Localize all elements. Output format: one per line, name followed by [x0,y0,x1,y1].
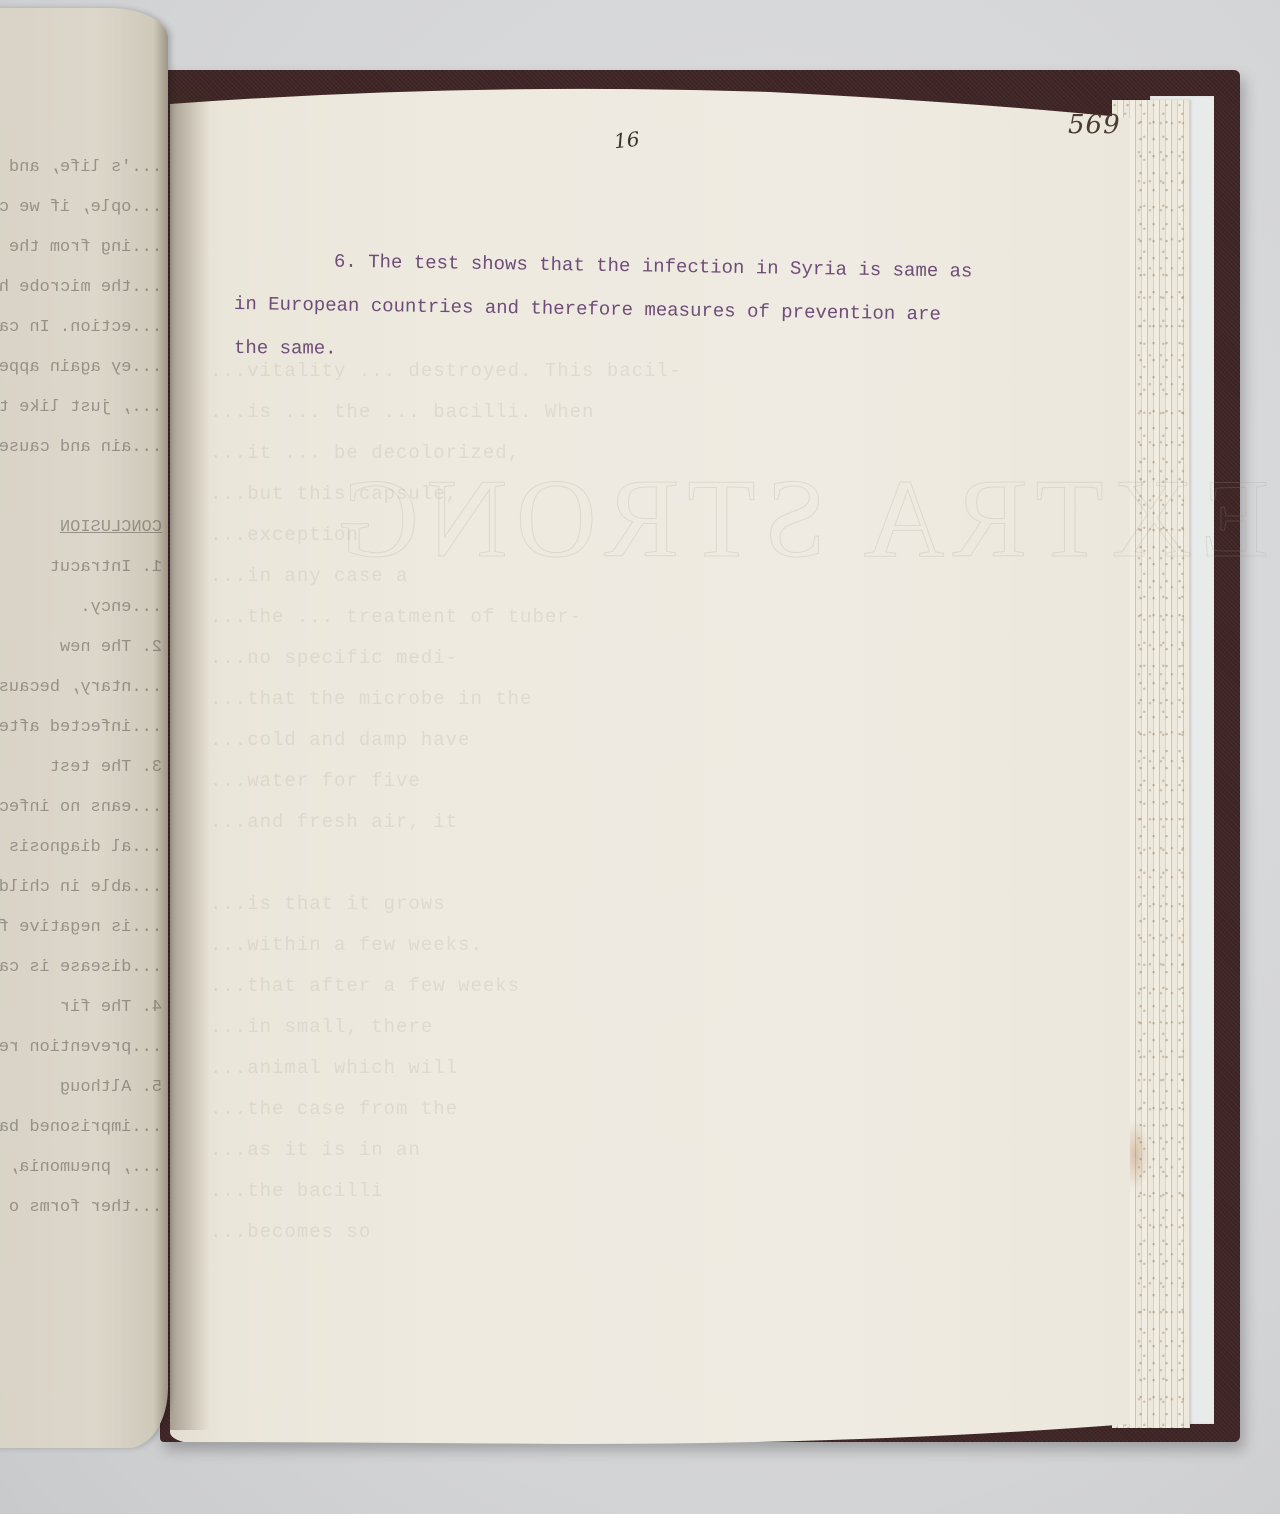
ghost-line: ...water for five [210,770,1040,811]
handwritten-folio-number: 569 [1068,110,1121,140]
mirror-line: ...disease is cau [0,958,168,998]
conclusion-heading: CONCLUSION [60,518,162,537]
mirror-line: 4. The fir [0,998,168,1038]
ghost-line: ...in small, there [210,1016,1040,1057]
paragraph-line: the same. [234,326,1054,374]
mirror-line: ...infected after [0,718,168,758]
mirror-line: ..., just like the [0,398,168,438]
mirror-line: ...ection. In cas [0,318,168,358]
ghost-line [210,852,1040,893]
mirror-line: ...'s life, and [0,158,168,198]
ghost-line: ...and fresh air, it [210,811,1040,852]
mirror-line: ...eans no infect [0,798,168,838]
mirror-line: ...able in childr [0,878,168,918]
mirror-line: ...al diagnosis i [0,838,168,878]
mirror-line: 3. The test [0,758,168,798]
mirror-line: ..., pneumonia, [0,1158,168,1198]
ghost-line: ...cold and damp have [210,729,1040,770]
mirror-line [0,478,168,518]
mirror-line: ...ing from the d [0,238,168,278]
facing-left-page: ...'s life, and ...ople, if we can ...in… [0,8,168,1448]
mirror-line: ...the microbe has [0,278,168,318]
ghost-line: ...within a few weeks. [210,934,1040,975]
mirror-line: ...imprisoned bac [0,1118,168,1158]
gutter-shadow [170,90,210,1430]
mirror-line: ...is negative f [0,918,168,958]
ghost-line: ...the case from the [210,1098,1040,1139]
typed-paragraph: 6. The test shows that the infection in … [234,238,1054,370]
mirror-line: 1. Intracut [0,558,168,598]
ghost-line: ...exception [210,524,1040,565]
mirror-line: ...ain and cause [0,438,168,478]
ghost-line: ...no specific medi- [210,647,1040,688]
ghost-line: ...is ... the ... bacilli. When [210,401,1040,442]
mirror-line: ...ople, if we can [0,198,168,238]
mirror-line: ...ey again appear [0,358,168,398]
facing-page-show-through: ...'s life, and ...ople, if we can ...in… [0,158,168,1238]
ghost-line: ...becomes so [210,1221,1040,1262]
mirror-line: 5. Althoug [0,1078,168,1118]
mirror-line: ...ency. [0,598,168,638]
ghost-line: ...but this capsule, [210,483,1040,524]
ghost-line: ...the bacilli [210,1180,1040,1221]
mirror-line: ...ntary, because [0,678,168,718]
ghost-line: ...that the microbe in the [210,688,1040,729]
ghost-line: ...animal which will [210,1057,1040,1098]
reverse-show-through: ...vitality ... destroyed. This bacil- .… [210,360,1040,1262]
mirror-line: ...prevention reac [0,1038,168,1078]
handwritten-page-number: 16 [613,127,641,154]
ghost-line: ...as it is in an [210,1139,1040,1180]
ghost-line: ...that after a few weeks [210,975,1040,1016]
ghost-line: ...in any case a [210,565,1040,606]
ghost-line: ...it ... be decolorized, [210,442,1040,483]
ghost-line: ...is that it grows [210,893,1040,934]
mirror-heading: CONCLUSION [0,518,168,558]
mirror-line: 2. The new [0,638,168,678]
mirror-line: ...ther forms o [0,1198,168,1238]
ghost-line: ...the ... treatment of tuber- [210,606,1040,647]
